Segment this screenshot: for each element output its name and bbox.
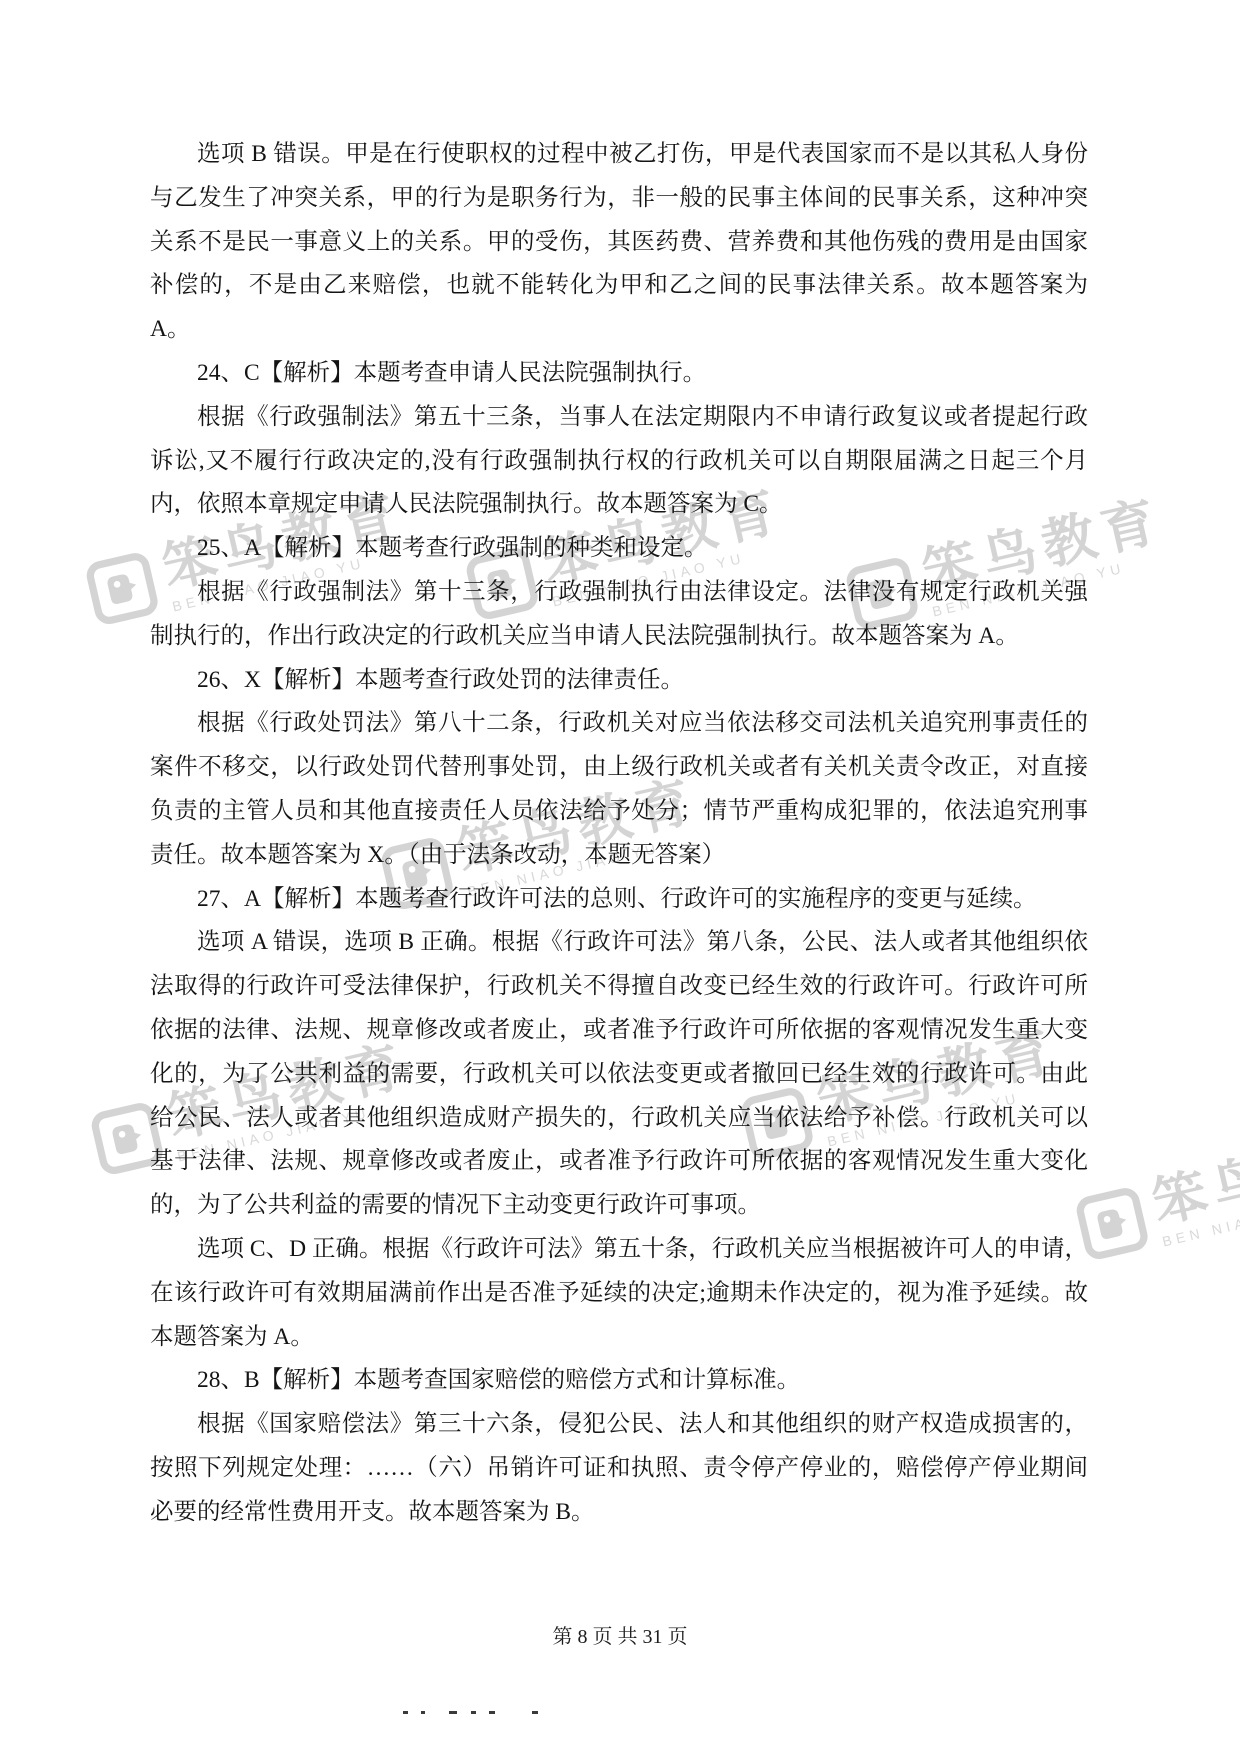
paragraph-answer-23-option-b: 选项 B 错误。甲是在行使职权的过程中被乙打伤，甲是代表国家而不是以其私人身份与… <box>150 133 1088 352</box>
paragraph-answer-27-heading: 27、A【解析】本题考查行政许可法的总则、行政许可的实施程序的变更与延续。 <box>150 878 1088 922</box>
paragraph-answer-26-heading: 26、X【解析】本题考查行政处罚的法律责任。 <box>150 659 1088 703</box>
document-body: 选项 B 错误。甲是在行使职权的过程中被乙打伤，甲是代表国家而不是以其私人身份与… <box>150 133 1088 1535</box>
watermark-brand: 笨鸟教育 <box>1148 1123 1240 1231</box>
paragraph-answer-25-body: 根据《行政强制法》第十三条，行政强制执行由法律设定。法律没有规定行政机关强制执行… <box>150 571 1088 659</box>
paragraph-answer-24-heading: 24、C【解析】本题考查申请人民法院强制执行。 <box>150 352 1088 396</box>
paragraph-answer-28-heading: 28、B【解析】本题考查国家赔偿的赔偿方式和计算标准。 <box>150 1359 1088 1403</box>
cropped-text-fragments <box>0 1711 1240 1715</box>
paragraph-answer-25-heading: 25、A【解析】本题考查行政强制的种类和设定。 <box>150 527 1088 571</box>
paragraph-answer-28-body: 根据《国家赔偿法》第三十六条，侵犯公民、法人和其他组织的财产权造成损害的，按照下… <box>150 1403 1088 1534</box>
paragraph-answer-27-body-cd: 选项 C、D 正确。根据《行政许可法》第五十条，行政机关应当根据被许可人的申请，… <box>150 1228 1088 1359</box>
paragraph-answer-26-body: 根据《行政处罚法》第八十二条，行政机关对应当依法移交司法机关追究刑事责任的案件不… <box>150 702 1088 877</box>
paragraph-answer-24-body: 根据《行政强制法》第五十三条，当事人在法定期限内不申请行政复议或者提起行政诉讼,… <box>150 396 1088 527</box>
watermark-subtitle: BEN NIAO JIAO YU <box>1161 1180 1240 1249</box>
watermark-text: 笨鸟教育 BEN NIAO JIAO YU <box>1148 1123 1240 1248</box>
paragraph-answer-27-body-ab: 选项 A 错误，选项 B 正确。根据《行政许可法》第八条，公民、法人或者其他组织… <box>150 921 1088 1228</box>
page-number: 第 8 页 共 31 页 <box>0 1620 1240 1649</box>
watermark: 笨鸟教育 BEN NIAO JIAO YU <box>1072 1123 1240 1266</box>
